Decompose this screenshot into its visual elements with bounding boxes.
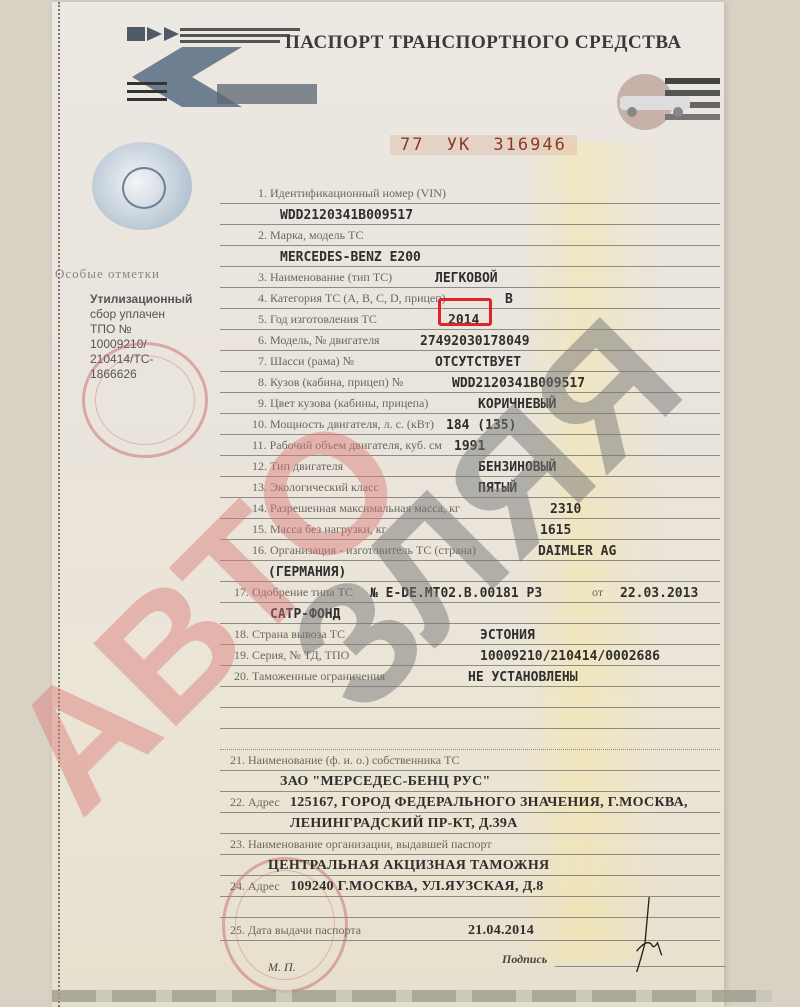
issuer-address-value: 109240 Г.МОСКВА, УЛ.ЯУЗСКАЯ, Д.8 xyxy=(290,879,544,895)
issue-date-value: 21.04.2014 xyxy=(468,923,534,939)
passport-serial-number: 77 УК 316946 xyxy=(390,135,577,155)
field-row-23-value: ЦЕНТРАЛЬНАЯ АКЦИЗНАЯ ТАМОЖНЯ xyxy=(220,854,720,876)
field-row-22-cont: ЛЕНИНГРАДСКИЙ ПР-КТ, Д.39А xyxy=(220,812,720,834)
field-row-22: 22. Адрес125167, ГОРОД ФЕДЕРАЛЬНОГО ЗНАЧ… xyxy=(220,791,720,813)
field-row-3: 3. Наименование (тип ТС)ЛЕГКОВОЙ xyxy=(220,266,720,288)
vin-value: WDD2120341B009517 xyxy=(280,208,413,223)
field-row-2-value: MERCEDES-BENZ E200 xyxy=(220,245,720,267)
field-row-21-value: ЗАО "МЕРСЕДЕС-БЕНЦ РУС" xyxy=(220,770,720,792)
customs-restrictions-value: НЕ УСТАНОВЛЕНЫ xyxy=(468,670,578,685)
field-row-1-value: WDD2120341B009517 xyxy=(220,203,720,225)
field-row-23: 23. Наименование организации, выдавшей п… xyxy=(220,833,720,855)
vehicle-type-value: ЛЕГКОВОЙ xyxy=(435,271,498,286)
engine-number-value: 27492030178049 xyxy=(420,334,530,349)
owner-value: ЗАО "МЕРСЕДЕС-БЕНЦ РУС" xyxy=(280,774,491,790)
make-model-value: MERCEDES-BENZ E200 xyxy=(280,250,421,265)
field-row-1: 1. Идентификационный номер (VIN) xyxy=(220,182,720,204)
signature-scribble-icon xyxy=(620,887,670,982)
year-highlight-box xyxy=(438,298,492,326)
signature-label: Подпись xyxy=(502,952,547,967)
type-approval-date: 22.03.2013 xyxy=(620,586,698,601)
field-row-2: 2. Марка, модель ТС xyxy=(220,224,720,246)
category-value: B xyxy=(505,292,513,307)
owner-address-cont-value: ЛЕНИНГРАДСКИЙ ПР-КТ, Д.39А xyxy=(290,816,518,832)
field-row-21: 21. Наименование (ф. и. о.) собственника… xyxy=(220,749,720,771)
car-emblem-icon xyxy=(610,64,720,139)
special-marks-heading: Особые отметки xyxy=(55,266,160,282)
owner-address-value: 125167, ГОРОД ФЕДЕРАЛЬНОГО ЗНАЧЕНИЯ, Г.М… xyxy=(290,795,688,811)
hologram-seal xyxy=(92,142,192,230)
customs-doc-value: 10009210/210414/0002686 xyxy=(480,649,660,664)
document-title: ПАСПОРТ ТРАНСПОРТНОГО СРЕДСТВА xyxy=(285,32,682,54)
security-band xyxy=(52,990,772,1002)
field-row-20: 20. Таможенные ограниченияНЕ УСТАНОВЛЕНЫ xyxy=(220,665,720,687)
issuer-value: ЦЕНТРАЛЬНАЯ АКЦИЗНАЯ ТАМОЖНЯ xyxy=(268,858,549,874)
stamp-place-label: М. П. xyxy=(268,960,296,975)
official-stamp-top xyxy=(82,342,208,458)
